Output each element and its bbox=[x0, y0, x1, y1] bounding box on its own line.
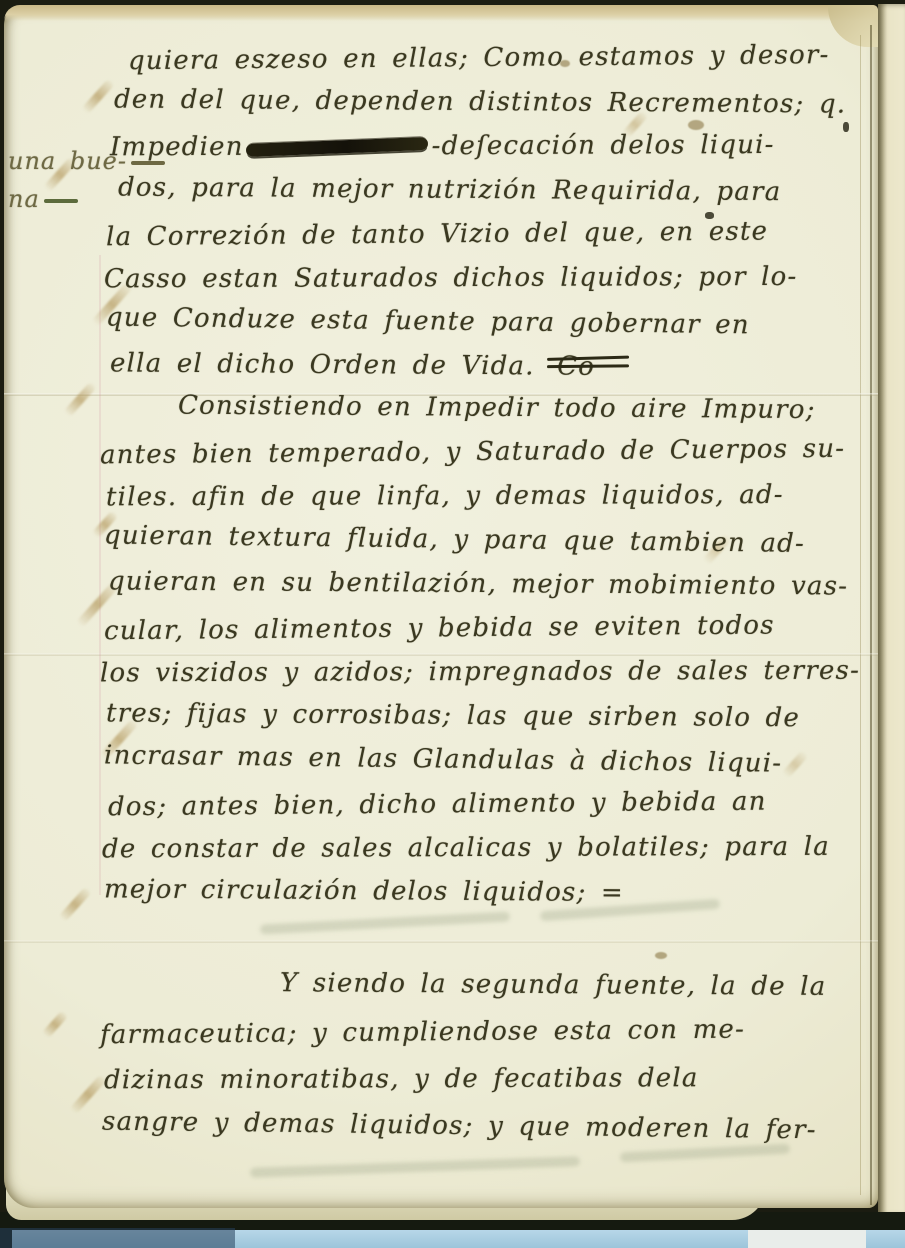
text-line: farmaceutica; y cumpliendose esta con me… bbox=[100, 1006, 827, 1059]
paragraph-3: Y siendo la segunda fuente, la de la far… bbox=[100, 962, 826, 1150]
text-line: quieran textura fluida, y para que tambi… bbox=[104, 513, 861, 566]
text-line: dizinas minoratibas, y de fecatibas dela bbox=[104, 1055, 827, 1105]
paragraph-1: quiera eszeso en ellas; Como estamos y d… bbox=[104, 36, 846, 388]
text-line: incrasar mas en las Glandulas à dichos l… bbox=[104, 733, 861, 786]
adjacent-page-edge bbox=[878, 4, 905, 1216]
text-line: de constar de sales alcalicas y bolatile… bbox=[102, 825, 860, 872]
text-line: quiera eszeso en ellas; Como estamos y d… bbox=[128, 33, 847, 83]
ink-blot-strikethrough bbox=[245, 137, 427, 157]
blue-backing-shadow bbox=[0, 1228, 235, 1248]
text-line: Impedien-deſecación delos liqui- bbox=[110, 123, 846, 170]
text-line: los viszidos y azidos; impregnados de sa… bbox=[100, 649, 860, 696]
text-line: cular, los alimentos y bebida se eviten … bbox=[104, 603, 860, 654]
text-after-blot: -deſecación delos liqui- bbox=[432, 130, 775, 161]
horizontal-crease bbox=[4, 940, 878, 943]
margin-dash bbox=[44, 199, 78, 203]
text-end: ella el dicho Orden de Vida. bbox=[110, 348, 549, 381]
text-line: sangre y demas liquidos; y que moderen l… bbox=[102, 1099, 827, 1155]
text-line: la Correzión de tanto Vizio del que, en … bbox=[106, 209, 847, 259]
text-line: tres; fijas y corrosibas; las que sirben… bbox=[106, 691, 860, 740]
text-line: antes bien temperado, y Saturado de Cuer… bbox=[100, 427, 860, 478]
paragraph-2: Consistiendo en Impedir todo aire Impuro… bbox=[100, 386, 860, 914]
backing-white-patch bbox=[748, 1230, 866, 1248]
text-line: quieran en su bentilazión, mejor mobimie… bbox=[108, 559, 860, 608]
text-line: tiles. afin de que linfa, y demas liquid… bbox=[106, 473, 860, 520]
paper-top-edge bbox=[4, 5, 878, 21]
text-line: Consistiendo en Impedir todo aire Impuro… bbox=[178, 384, 860, 433]
text-line: dos; antes bien, dicho alimento y bebida… bbox=[108, 779, 860, 830]
text-line: den del que, dependen distintos Recremen… bbox=[114, 77, 847, 126]
stain bbox=[655, 952, 667, 959]
margin-note-text-2: na bbox=[8, 185, 40, 213]
paper-fold-highlight bbox=[860, 35, 861, 1195]
text-line: Casso estan Saturados dichos liquidos; p… bbox=[104, 255, 846, 302]
text-line: mejor circulazión delos liquidos; = bbox=[104, 867, 860, 916]
scanned-manuscript-page: una bue- na quiera eszeso en ellas; Como… bbox=[0, 0, 905, 1248]
struck-out-word: Co bbox=[549, 344, 603, 388]
text-line: Y siendo la segunda fuente, la de la bbox=[280, 960, 827, 1011]
text-line: dos, para la mejor nutrizión Requirida, … bbox=[118, 165, 847, 214]
paper-fold-line bbox=[870, 25, 872, 1205]
text-before-blot: Impedien bbox=[110, 132, 244, 162]
text-line: que Conduze esta fuente para gobernar en bbox=[106, 295, 847, 348]
